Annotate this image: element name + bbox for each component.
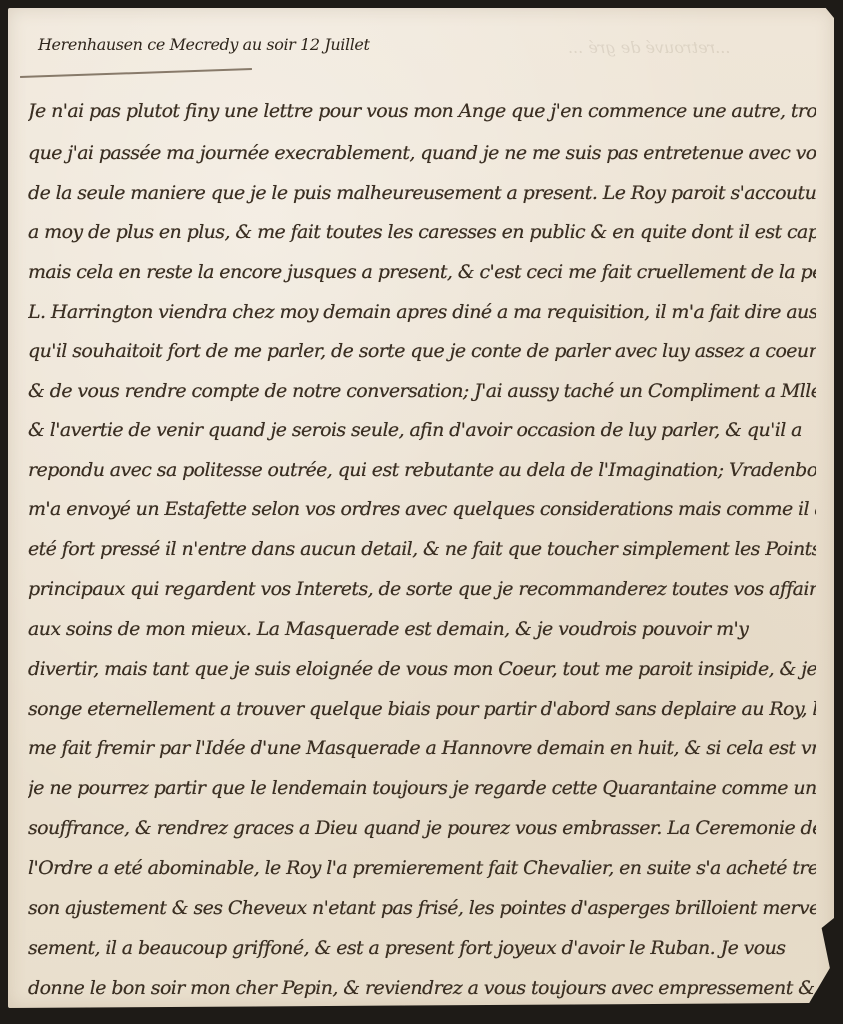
letter-line: & l'avertie de venir quand je serois seu… [28, 419, 816, 441]
letter-line: je ne pourrez partir que le lendemain to… [28, 777, 816, 799]
letter-line: a moy de plus en plus, & me fait toutes … [28, 221, 816, 243]
letter-line: sement, il a beaucoup griffoné, & est a … [28, 937, 816, 959]
letter-line: que j'ai passée ma journée execrablement… [28, 142, 816, 164]
letter-page: ...retrouvé de gré ... Herenhausen ce Me… [8, 8, 834, 1008]
letter-line: & de vous rendre compte de notre convers… [28, 380, 816, 402]
letter-line: l'Ordre a eté abominable, le Roy l'a pre… [28, 857, 816, 879]
header-underline-rule [20, 68, 252, 78]
letter-line: souffrance, & rendrez graces a Dieu quan… [28, 817, 816, 839]
letter-header-place-date: Herenhausen ce Mecredy au soir 12 Juille… [38, 35, 370, 54]
letter-line: Je n'ai pas plutot finy une lettre pour … [28, 100, 816, 122]
ink-bleed-through: ...retrouvé de gré ... [568, 38, 730, 57]
letter-line: qu'il souhaitoit fort de me parler, de s… [28, 340, 816, 362]
letter-line: principaux qui regardent vos Interets, d… [28, 578, 816, 600]
letter-line: donne le bon soir mon cher Pepin, & revi… [28, 977, 816, 999]
letter-line: me fait fremir par l'Idée d'une Masquera… [28, 737, 816, 759]
letter-line: de la seule maniere que je le puis malhe… [28, 182, 816, 204]
letter-line: repondu avec sa politesse outrée, qui es… [28, 459, 816, 481]
letter-line: son ajustement & ses Cheveux n'etant pas… [28, 897, 816, 919]
letter-line: L. Harrington viendra chez moy demain ap… [28, 301, 816, 323]
letter-line: mais cela en reste la encore jusques a p… [28, 261, 816, 283]
letter-line: songe eternellement a trouver quelque bi… [28, 698, 816, 720]
letter-line: eté fort pressé il n'entre dans aucun de… [28, 538, 816, 560]
letter-line: m'a envoyé un Estafette selon vos ordres… [28, 498, 816, 520]
letter-line: divertir, mais tant que je suis eloignée… [28, 658, 816, 680]
letter-line: aux soins de mon mieux. La Masquerade es… [28, 618, 816, 640]
